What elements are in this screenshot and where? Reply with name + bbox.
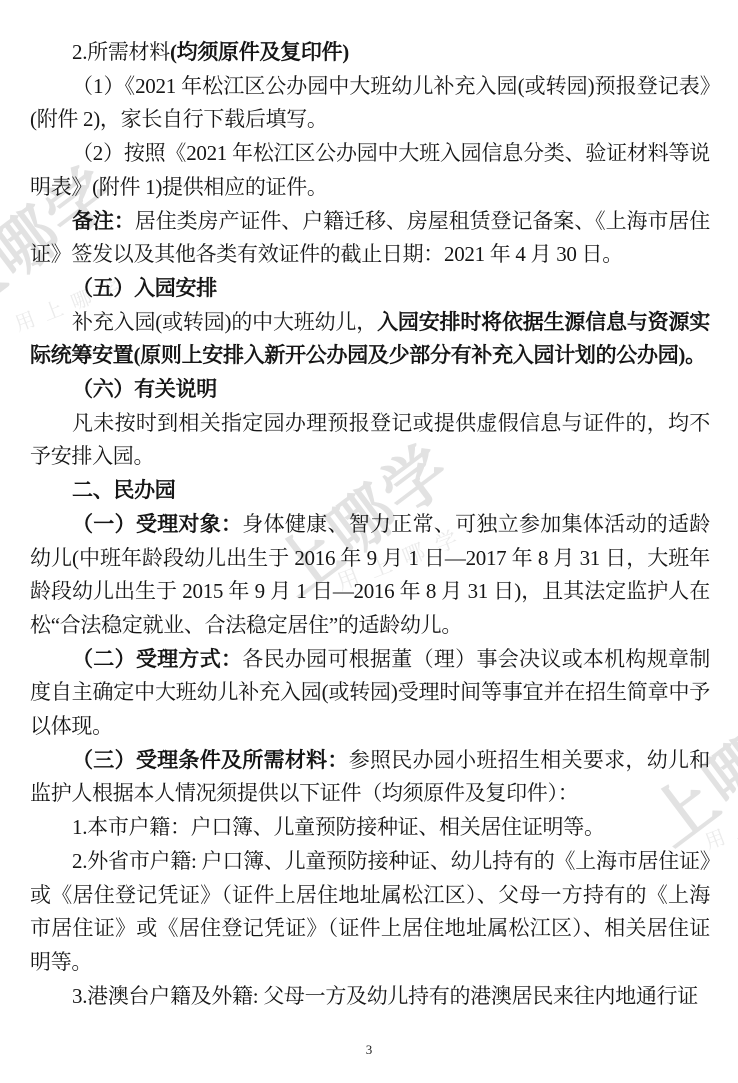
text-segment: （1）《2021 年松江区公办园中大班幼儿补充入园(或转园)预报登记表》(附件 …: [30, 74, 710, 132]
text-segment: 2.所需材料: [72, 40, 170, 64]
paragraph: 2.所需材料(均须原件及复印件): [30, 36, 710, 70]
text-segment-bold: （六）有关说明: [72, 377, 217, 401]
paragraph: （1）《2021 年松江区公办园中大班幼儿补充入园(或转园)预报登记表》(附件 …: [30, 70, 710, 137]
text-segment-bold: （五）入园安排: [72, 276, 217, 300]
text-segment: 凡未按时到相关指定园办理预报登记或提供虚假信息与证件的，均不予安排入园。: [30, 411, 710, 469]
paragraph: （六）有关说明: [30, 373, 710, 407]
paragraph: 凡未按时到相关指定园办理预报登记或提供虚假信息与证件的，均不予安排入园。: [30, 407, 710, 474]
text-segment: 补充入园(或转园)的中大班幼儿，: [72, 310, 377, 334]
paragraph: （二）受理方式：各民办园可根据董（理）事会决议或本机构规章制度自主确定中大班幼儿…: [30, 643, 710, 744]
paragraph: （一）受理对象：身体健康、智力正常、可独立参加集体活动的适龄幼儿(中班年龄段幼儿…: [30, 508, 710, 643]
paragraph: 1.本市户籍：户口簿、儿童预防接种证、相关居住证明等。: [30, 811, 710, 845]
paragraph: 二、民办园: [30, 474, 710, 508]
text-segment-bold: (均须原件及复印件): [170, 40, 349, 64]
page-number: 3: [0, 1042, 738, 1058]
document-body: 2.所需材料(均须原件及复印件)（1）《2021 年松江区公办园中大班幼儿补充入…: [30, 36, 710, 1013]
paragraph: 2.外省市户籍: 户口簿、儿童预防接种证、幼儿持有的《上海市居住证》或《居住登记…: [30, 845, 710, 980]
text-segment: 2.外省市户籍: 户口簿、儿童预防接种证、幼儿持有的《上海市居住证》或《居住登记…: [30, 849, 710, 974]
text-segment-bold: 二、民办园: [72, 478, 176, 502]
text-segment-bold: （三）受理条件及所需材料：: [72, 748, 349, 772]
paragraph: 补充入园(或转园)的中大班幼儿，入园安排时将依据生源信息与资源实际统筹安置(原则…: [30, 306, 710, 373]
paragraph: （五）入园安排: [30, 272, 710, 306]
text-segment: （2）按照《2021 年松江区公办园中大班入园信息分类、验证材料等说明表》(附件…: [30, 141, 710, 199]
paragraph: 3.港澳台户籍及外籍: 父母一方及幼儿持有的港澳居民来往内地通行证: [30, 980, 710, 1014]
document-page: 上哪学 用上哪学 上哪学 用上哪学 上哪学 用上哪学 2.所需材料(均须原件及复…: [0, 0, 738, 1083]
text-segment: 1.本市户籍：户口簿、儿童预防接种证、相关居住证明等。: [72, 815, 605, 839]
paragraph: （2）按照《2021 年松江区公办园中大班入园信息分类、验证材料等说明表》(附件…: [30, 137, 710, 204]
paragraph: 备注：居住类房产证件、户籍迁移、房屋租赁登记备案、《上海市居住证》签发以及其他各…: [30, 205, 710, 272]
paragraph: （三）受理条件及所需材料：参照民办园小班招生相关要求，幼儿和监护人根据本人情况须…: [30, 744, 710, 811]
text-segment: 3.港澳台户籍及外籍: 父母一方及幼儿持有的港澳居民来往内地通行证: [72, 984, 698, 1008]
text-segment-bold: （一）受理对象：: [72, 512, 242, 536]
text-segment-bold: 备注：: [72, 209, 135, 233]
text-segment-bold: （二）受理方式：: [72, 647, 242, 671]
